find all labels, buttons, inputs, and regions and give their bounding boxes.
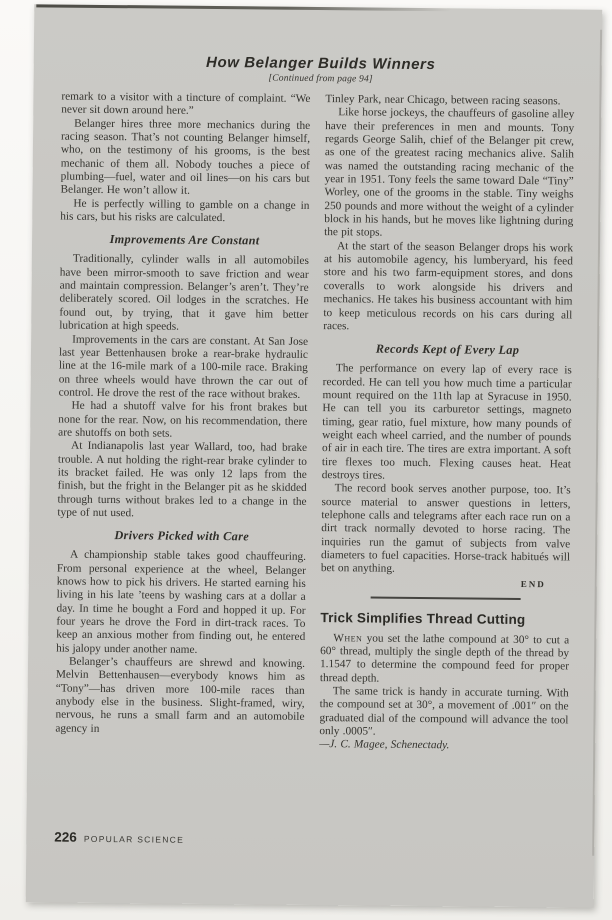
article-paragraph: When you set the lathe compound at 30° t…	[320, 632, 570, 688]
author-byline: —J. C. Magee, Schenectady.	[319, 739, 568, 755]
page-footer: 226 POPULAR SCIENCE	[54, 830, 184, 846]
continued-note: [Continued from page 94]	[62, 72, 580, 87]
article-paragraph: Belanger hires three more mechanics duri…	[60, 117, 310, 199]
right-column: Tinley Park, near Chicago, between racin…	[319, 93, 574, 754]
section-heading-drivers: Drivers Picked with Care	[57, 528, 306, 545]
article-paragraph: Belanger’s chauffeurs are shrewd and kno…	[55, 656, 305, 738]
article-paragraph: At the start of the season Belanger drop…	[323, 240, 573, 336]
article-paragraph: The performance on every lap of every ra…	[322, 362, 572, 484]
page-number: 226	[54, 830, 77, 845]
article-paragraph: remark to a visitor with a tincture of c…	[61, 91, 310, 120]
article-paragraph: He is perfectly willing to gamble on a c…	[60, 197, 309, 226]
article-paragraph: At Indianapolis last year Wallard, too, …	[57, 440, 307, 522]
article-title: How Belanger Builds Winners	[62, 53, 580, 75]
magazine-page: How Belanger Builds Winners [Continued f…	[26, 4, 603, 907]
page-content: How Belanger Builds Winners [Continued f…	[27, 4, 602, 754]
article-paragraph: The record book serves another purpose, …	[321, 482, 571, 578]
leadin-word: When	[333, 632, 362, 644]
magazine-name: POPULAR SCIENCE	[84, 834, 184, 845]
section-heading-improvements: Improvements Are Constant	[60, 232, 309, 249]
article-end-marker: END	[321, 577, 570, 589]
article-paragraph: Traditionally, cylinder walls in all aut…	[59, 253, 309, 335]
article-paragraph: The same trick is handy in accurate turn…	[319, 685, 569, 741]
article-paragraph: A championship stable takes good chauffe…	[56, 549, 306, 658]
article-paragraph: He had a shutoff valve for his front bra…	[58, 400, 307, 442]
scanner-background: How Belanger Builds Winners [Continued f…	[0, 0, 612, 920]
article-paragraph: Improvements in the cars are constant. A…	[59, 333, 309, 402]
trick-article-title: Trick Simplifies Thread Cutting	[320, 610, 569, 627]
section-heading-records: Records Kept of Every Lap	[323, 341, 572, 358]
section-divider-rule	[370, 596, 520, 599]
article-paragraph: Like horse jockeys, the chauffeurs of ga…	[324, 106, 574, 242]
two-column-layout: remark to a visitor with a tincture of c…	[55, 91, 579, 755]
left-column: remark to a visitor with a tincture of c…	[55, 91, 310, 752]
